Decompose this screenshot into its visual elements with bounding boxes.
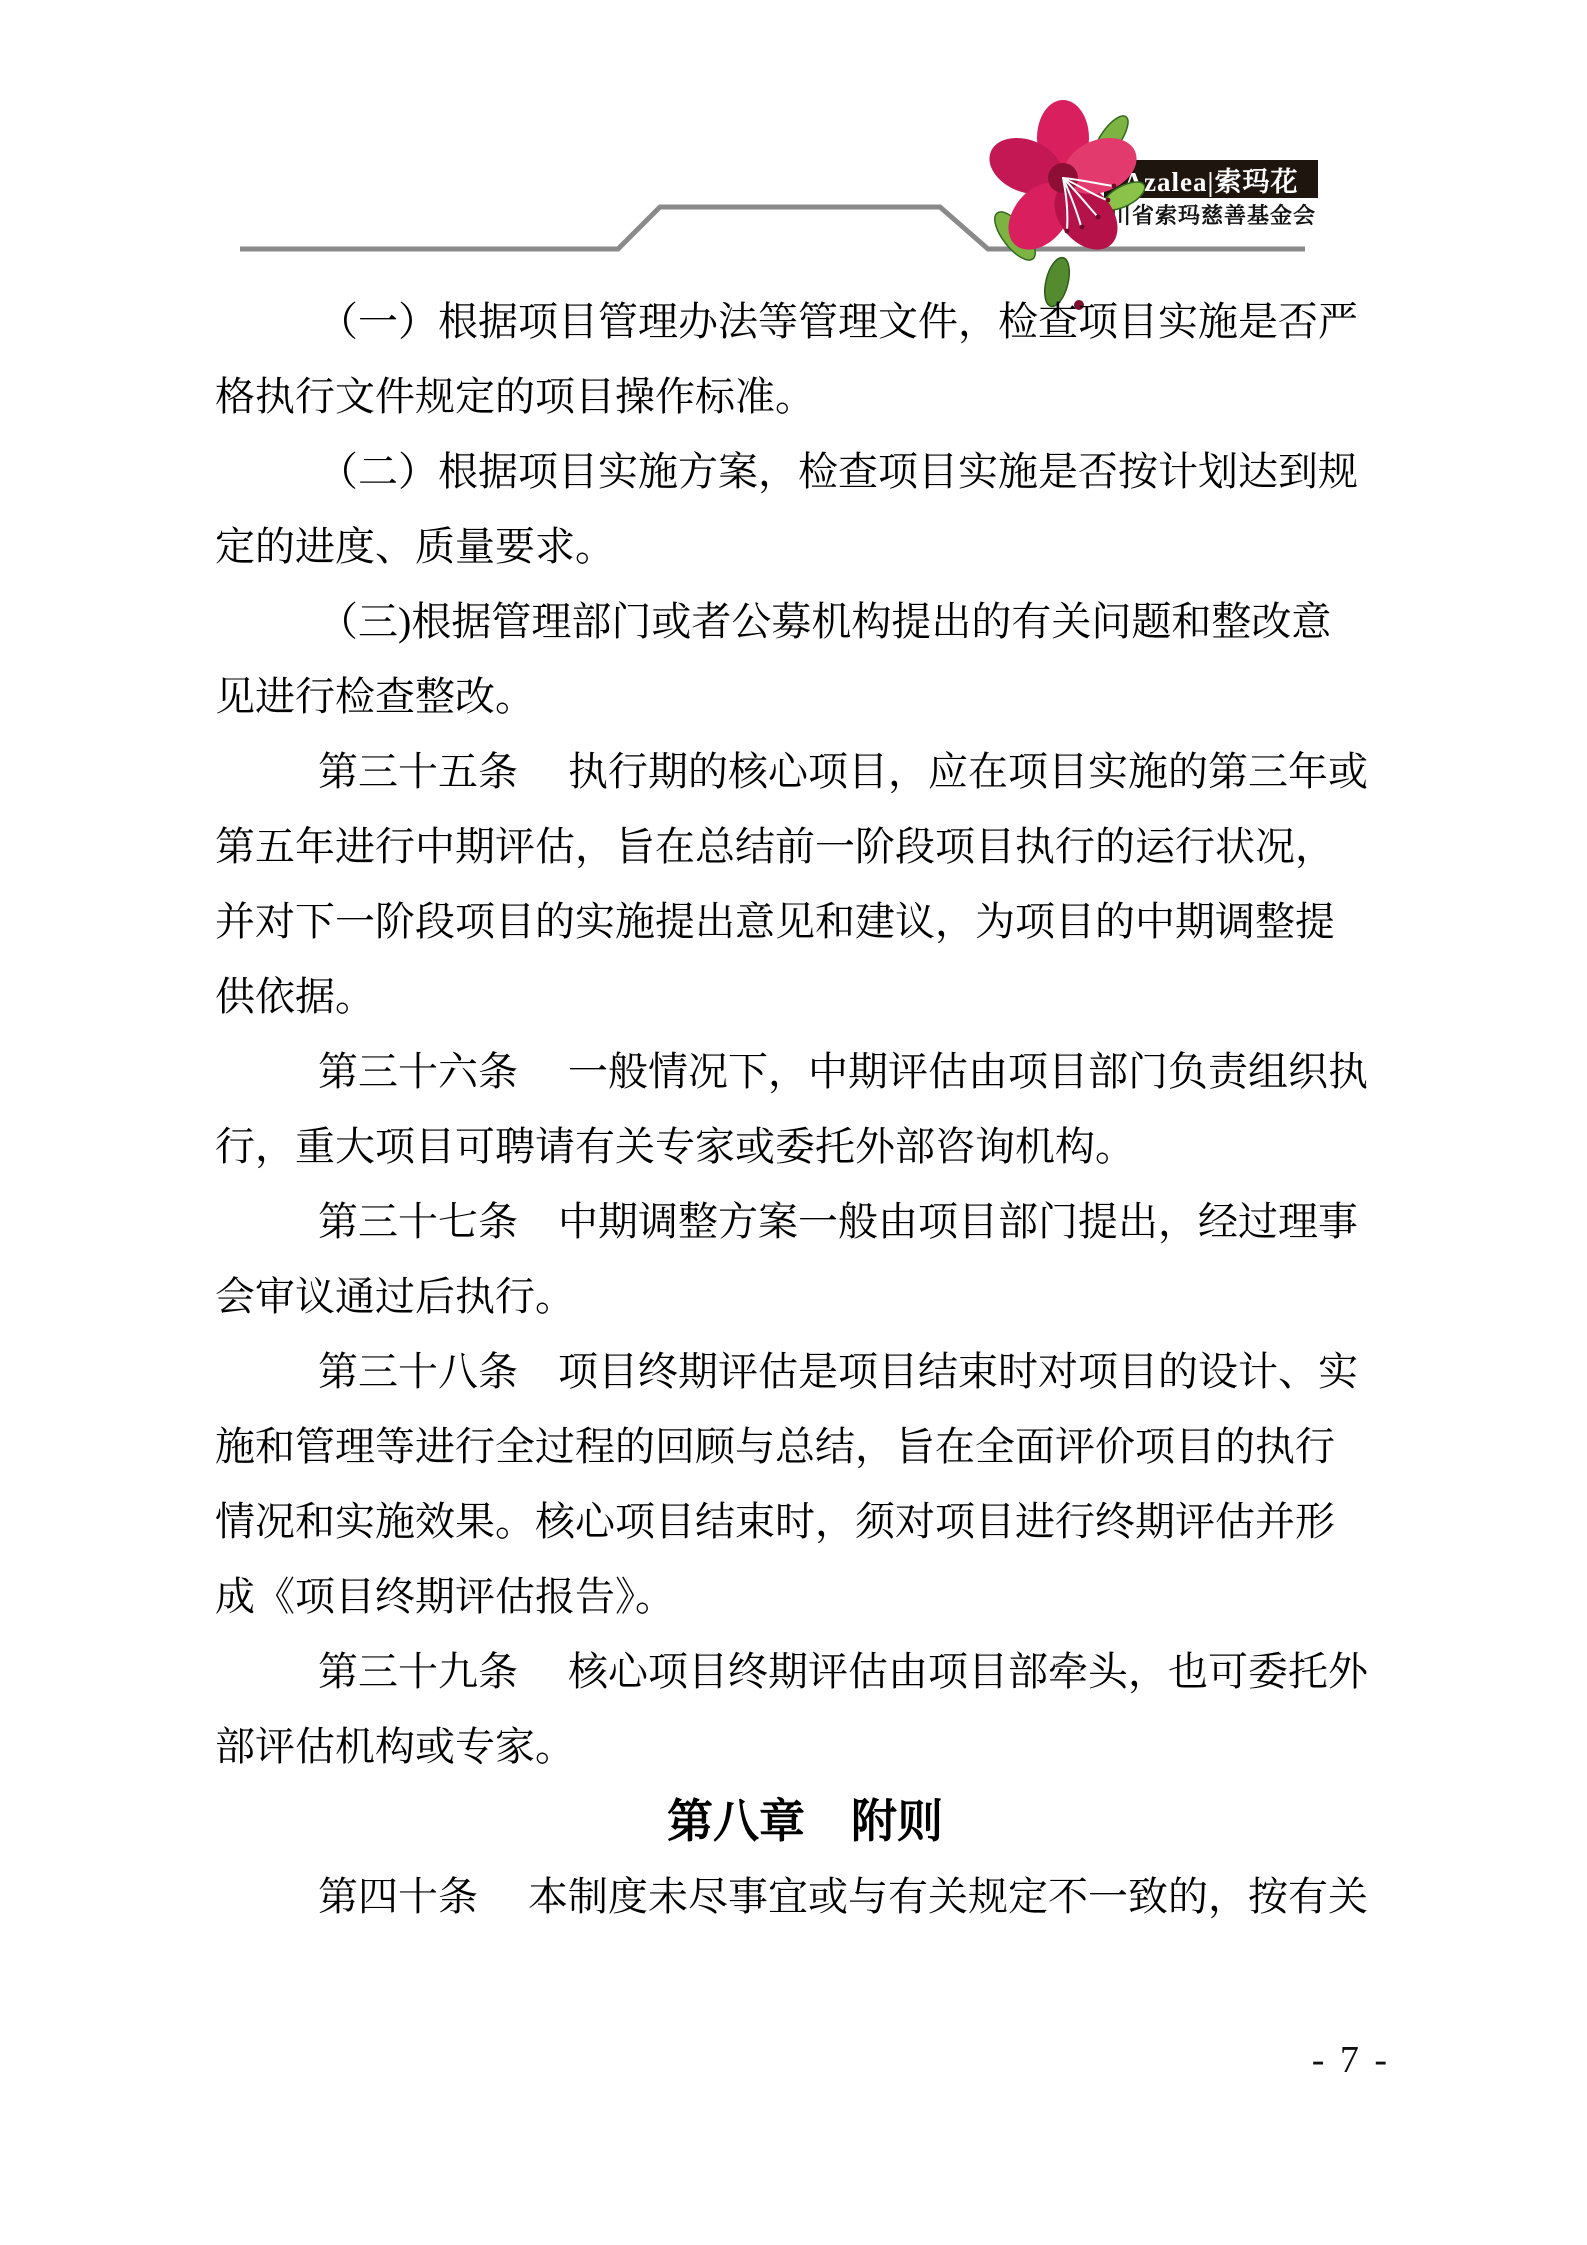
text-line: 会审议通过后执行。 [215,1259,1395,1334]
text-line: （二）根据项目实施方案，检查项目实施是否按计划达到规 [215,434,1395,509]
text-line: 定的进度、质量要求。 [215,509,1395,584]
text-line: 第三十六条 一般情况下，中期评估由项目部门负责组织执 [215,1034,1395,1109]
text-line: 第四十条 本制度未尽事宜或与有关规定不一致的，按有关 [215,1859,1395,1934]
text-line: 情况和实施效果。核心项目结束时，须对项目进行终期评估并形 [215,1484,1395,1559]
text-line: 供依据。 [215,959,1395,1034]
text-line: 见进行检查整改。 [215,659,1395,734]
text-line: （一）根据项目管理办法等管理文件，检查项目实施是否严 [215,284,1395,359]
logo-brand-text: Azalea|索玛花 [1124,160,1299,199]
text-line: 第三十五条 执行期的核心项目，应在项目实施的第三年或 [215,734,1395,809]
body-lines: （一）根据项目管理办法等管理文件，检查项目实施是否严格执行文件规定的项目操作标准… [215,284,1395,1934]
text-line: 部评估机构或专家。 [215,1709,1395,1784]
text-line: （三)根据管理部门或者公募机构提出的有关问题和整改意 [215,584,1395,659]
text-line: 施和管理等进行全过程的回顾与总结，旨在全面评价项目的执行 [215,1409,1395,1484]
chapter-heading: 第八章 附则 [215,1784,1395,1859]
azalea-flower-icon [985,78,1145,313]
text-line: 第三十八条 项目终期评估是项目结束时对项目的设计、实 [215,1334,1395,1409]
text-line: 格执行文件规定的项目操作标准。 [215,359,1395,434]
text-line: 第五年进行中期评估，旨在总结前一阶段项目执行的运行状况， [215,809,1395,884]
document-page: Azalea|索玛花 四川省索玛慈善基金会 [0,0,1587,2245]
text-line: 并对下一阶段项目的实施提出意见和建议，为项目的中期调整提 [215,884,1395,959]
header-divider-line [0,0,1587,320]
text-line: 第三十七条 中期调整方案一般由项目部门提出，经过理事 [215,1184,1395,1259]
text-line: 第三十九条 核心项目终期评估由项目部牵头，也可委托外 [215,1634,1395,1709]
page-number: - 7 - [1312,2038,1390,2082]
text-line: 行，重大项目可聘请有关专家或委托外部咨询机构。 [215,1109,1395,1184]
text-line: 成《项目终期评估报告》。 [215,1559,1395,1634]
